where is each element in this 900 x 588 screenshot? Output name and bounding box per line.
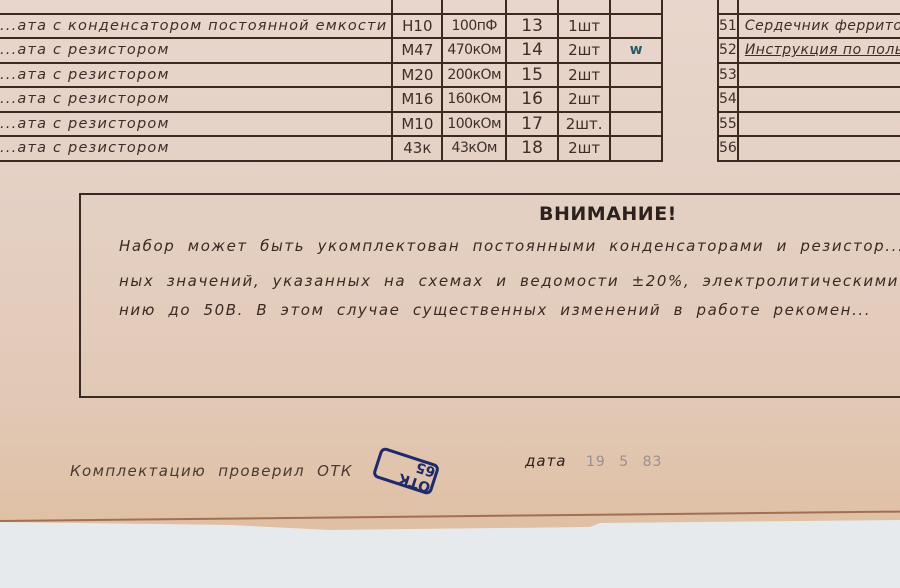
part-name: Инструкция по поль... xyxy=(738,38,900,63)
part-name xyxy=(738,63,900,88)
item-mark xyxy=(610,112,662,137)
part-number: 54 xyxy=(718,87,738,112)
table-row: ...ата с резистором 43к 43кОм 18 2шт xyxy=(0,136,662,161)
item-value: 100кОм xyxy=(442,112,506,137)
table-row xyxy=(718,0,900,14)
item-mark xyxy=(610,63,662,88)
notice-text-line: нию до 50В. В этом случае существенных и… xyxy=(119,301,871,319)
notice-text-line: Набор может быть укомплектован постоянны… xyxy=(119,237,900,255)
part-number: 51 xyxy=(718,14,738,39)
item-number: 14 xyxy=(506,38,558,63)
item-number: 15 xyxy=(506,63,558,88)
item-number: 13 xyxy=(506,14,558,39)
part-name: Сердечник феррито... xyxy=(738,14,900,39)
item-code: М10 xyxy=(392,112,442,137)
table-row: 52 Инструкция по поль... xyxy=(718,38,900,63)
item-code: Н10 xyxy=(392,14,442,39)
table-row xyxy=(0,0,662,14)
notice-text-line: ных значений, указанных на схемах и ведо… xyxy=(119,272,900,290)
item-quantity: 2шт xyxy=(558,87,610,112)
part-number: 53 xyxy=(718,63,738,88)
item-code: М16 xyxy=(392,87,442,112)
item-name: ...ата с резистором xyxy=(0,38,392,63)
item-number: 18 xyxy=(506,136,558,161)
item-value: 100пФ xyxy=(442,14,506,39)
item-number: 17 xyxy=(506,112,558,137)
qc-stamp-icon: ОТК 65 xyxy=(372,446,441,496)
item-quantity: 2шт xyxy=(558,38,610,63)
checkmark-handwritten: w xyxy=(610,38,662,63)
item-quantity: 2шт. xyxy=(558,112,610,137)
table-row: ...ата с резистором М16 160кОм 16 2шт xyxy=(0,87,662,112)
item-quantity: 2шт xyxy=(558,63,610,88)
item-mark xyxy=(610,14,662,39)
table-row: ...ата с резистором М20 200кОм 15 2шт xyxy=(0,63,662,88)
item-name: ...ата с конденсатором постоянной емкост… xyxy=(0,14,392,39)
item-name: ...ата с резистором xyxy=(0,112,392,137)
part-name xyxy=(738,112,900,137)
part-number: 55 xyxy=(718,112,738,137)
item-name: ...ата с резистором xyxy=(0,136,392,161)
notice-title: ВНИМАНИЕ! xyxy=(539,203,677,225)
item-value: 200кОм xyxy=(442,63,506,88)
item-quantity: 2шт xyxy=(558,136,610,161)
table-row: ...ата с резистором М10 100кОм 17 2шт. xyxy=(0,112,662,137)
table-row: 51 Сердечник феррито... xyxy=(718,14,900,39)
item-mark xyxy=(610,87,662,112)
part-name xyxy=(738,136,900,161)
document-sheet: ...ата с конденсатором постоянной емкост… xyxy=(0,0,900,530)
table-row: 56 xyxy=(718,136,900,161)
parts-table: 51 Сердечник феррито... 52 Инструкция по… xyxy=(717,0,900,162)
part-name xyxy=(738,87,900,112)
date-value: 19 5 83 xyxy=(586,454,662,470)
item-name: ...ата с резистором xyxy=(0,63,392,88)
part-number: 56 xyxy=(718,136,738,161)
stamp-text: ОТК 65 xyxy=(374,447,437,495)
components-table: ...ата с конденсатором постоянной емкост… xyxy=(0,0,663,162)
date-label: дата xyxy=(525,452,567,470)
item-number: 16 xyxy=(506,87,558,112)
table-row: 53 xyxy=(718,63,900,88)
item-code: 43к xyxy=(392,136,442,161)
table-row: ...ата с резистором М47 470кОм 14 2шт w xyxy=(0,38,662,63)
warning-notice-box: ВНИМАНИЕ! Набор может быть укомплектован… xyxy=(79,193,900,398)
part-number: 52 xyxy=(718,38,738,63)
item-code: М20 xyxy=(392,63,442,88)
item-quantity: 1шт xyxy=(558,14,610,39)
qc-check-label: Комплектацию проверил ОТК xyxy=(70,462,353,480)
item-value: 160кОм xyxy=(442,87,506,112)
table-row: 55 xyxy=(718,112,900,137)
item-value: 43кОм xyxy=(442,136,506,161)
table-row: ...ата с конденсатором постоянной емкост… xyxy=(0,14,662,39)
table-row: 54 xyxy=(718,87,900,112)
item-mark xyxy=(610,136,662,161)
item-name: ...ата с резистором xyxy=(0,87,392,112)
item-value: 470кОм xyxy=(442,38,506,63)
item-code: М47 xyxy=(392,38,442,63)
